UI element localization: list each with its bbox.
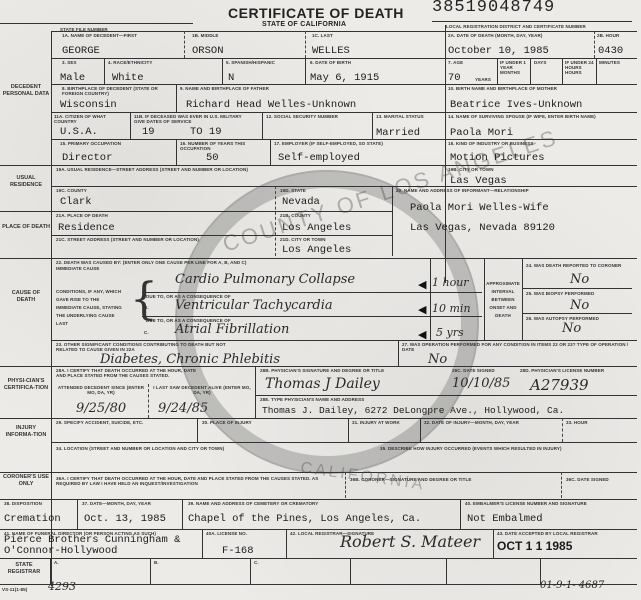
label-race: 4. RACE/ETHNICITY	[108, 60, 152, 65]
label-date-of-death: 2A. DATE OF DEATH (MONTH, DAY, YEAR)	[448, 33, 542, 38]
label-sex: 3. SEX	[62, 60, 77, 65]
funeral-director: Pierce Brothers Cunningham & O'Connor-Ho…	[4, 535, 204, 557]
cause-a-interval: 1 hour	[432, 276, 469, 289]
label-birthplace: 8. BIRTHPLACE OF DECEDENT (STATE OR FORE…	[62, 86, 162, 96]
label-date-signed: 28C. DATE SIGNED	[452, 368, 495, 373]
coroner-reported: No	[570, 272, 589, 287]
cause-a: Cardio Pulmonary Collapse	[175, 272, 355, 287]
label-last-saw: I LAST SAW DECEDENT ALIVE (ENTER MO, DA,…	[152, 385, 252, 395]
label-years-occupation: 16. NUMBER OF YEARS THIS OCCUPATION	[180, 141, 265, 151]
label-death-city: 21D. CITY OR TOWN	[280, 237, 326, 242]
label-disposition-date: 37. DATE—MONTH, DAY, YEAR	[82, 501, 151, 506]
father: Richard Head Welles-Unknown	[186, 99, 356, 111]
place-of-death: Residence	[58, 222, 115, 234]
label-cause-header: 22. DEATH WAS CAUSED BY: (ENTER ONLY ONE…	[56, 260, 456, 265]
citizen: U.S.A.	[60, 126, 98, 138]
label-specify: 29. SPECIFY ACCIDENT, SUICIDE, ETC.	[56, 420, 144, 425]
label-age-years: YEARS	[475, 77, 491, 82]
date-of-birth: May 6, 1915	[310, 72, 379, 84]
decedent-first-name: GEORGE	[62, 45, 100, 57]
label-physician-cert: 28A. I CERTIFY THAT DEATH OCCURRED AT TH…	[56, 368, 206, 378]
label-marital: 13. MARITAL STATUS	[376, 114, 424, 119]
hour-of-death: 0430	[598, 45, 623, 57]
spouse: Paola Mori	[450, 127, 513, 139]
military-from: 19	[142, 126, 155, 138]
label-spouse: 14. NAME OF SURVIVING SPOUSE (IF WIFE, E…	[448, 114, 628, 119]
label-registrar-c: C.	[254, 560, 259, 565]
label-hour: 2B. HOUR	[597, 33, 619, 38]
military-to: TO 19	[190, 126, 222, 138]
marital-status: Married	[376, 127, 420, 139]
label-place-of-injury: 30. PLACE OF INJURY	[202, 420, 252, 425]
label-injury-hour: 33. HOUR	[566, 420, 588, 425]
section-decedent: DECEDENT PERSONAL DATA	[2, 84, 50, 98]
label-mother: 10. BIRTH NAME AND BIRTHPLACE OF MOTHER	[448, 86, 557, 91]
label-disposition: 38. DISPOSITION	[4, 501, 42, 506]
label-cemetery: 39. NAME AND ADDRESS OF CEMETERY OR CREM…	[188, 501, 318, 506]
label-attended-since: ATTENDED DECEDENT SINCE (ENTER MO, DA, Y…	[56, 385, 146, 395]
hispanic: N	[228, 72, 234, 84]
label-ssn: 12. SOCIAL SECURITY NUMBER	[266, 114, 338, 119]
label-place-of-death: 21A. PLACE OF DEATH	[56, 213, 108, 218]
label-under1-months: IF UNDER 1 YEAR MONTHS	[500, 60, 530, 75]
label-industry: 18. KIND OF INDUSTRY OR BUSINESS	[448, 141, 533, 146]
death-certificate: COUNTY OF LOS ANGELES CALIFORNIA CERTIFI…	[0, 0, 641, 600]
label-hispanic: 5. SPANISH/HISPANIC	[226, 60, 275, 65]
label-physician-signature: 28B. PHYSICIAN'S SIGNATURE AND DEGREE OR…	[260, 368, 384, 373]
label-father: 9. NAME AND BIRTHPLACE OF FATHER	[180, 86, 269, 91]
mother: Beatrice Ives-Unknown	[450, 99, 582, 111]
biopsy: No	[570, 298, 589, 313]
label-informant: 20. NAME AND ADDRESS OF INFORMANT—RELATI…	[396, 188, 529, 193]
label-death-street: 21C. STREET ADDRESS (STREET AND NUMBER O…	[56, 237, 199, 242]
industry: Motion Pictures	[450, 152, 545, 164]
label-date-accepted: 43. DATE ACCEPTED BY LOCAL REGISTRAR	[497, 531, 598, 536]
form-number: VS-11(1-85)	[2, 587, 27, 592]
label-military: 11B. IF DECEASED WAS EVER IN U.S. MILITA…	[134, 114, 244, 124]
cause-b: Ventricular Tachycardia	[175, 298, 333, 313]
label-conditions: CONDITIONS, IF ANY, WHICH GAVE RISE TO T…	[56, 288, 126, 328]
physician-name-address: Thomas J. Dailey, 6272 DeLongpre Ave., H…	[262, 405, 564, 416]
certificate-title: CERTIFICATE OF DEATH	[228, 5, 404, 21]
label-last-name: 1C. LAST	[312, 33, 333, 38]
other-conditions: Diabetes, Chronic Phlebitis	[100, 352, 280, 367]
cause-c-interval: 5 yrs	[436, 326, 464, 339]
label-describe: 35. DESCRIBE HOW INJURY OCCURRED (EVENTS…	[380, 446, 562, 451]
arrow-left-icon: ◀	[418, 303, 426, 316]
death-city: Los Angeles	[282, 244, 351, 256]
informant-name: Paola Mori Welles-Wife	[410, 202, 549, 214]
arrow-left-icon: ◀	[418, 278, 426, 291]
label-residence-street: 19A. USUAL RESIDENCE—STREET ADDRESS (STR…	[56, 167, 248, 172]
occupation: Director	[62, 152, 112, 164]
label-registrar-a: A.	[54, 560, 59, 565]
section-place: PLACE OF DEATH	[2, 224, 50, 231]
decedent-last-name: WELLES	[312, 45, 350, 57]
date-signed: 10/10/85	[452, 376, 510, 391]
cemetery: Chapel of the Pines, Los Angeles, Ca.	[188, 513, 421, 525]
label-injury-date: 32. DATE OF INJURY—MONTH, DAY, YEAR	[424, 420, 519, 425]
label-citizen: 11A. CITIZEN OF WHAT COUNTRY	[54, 114, 124, 124]
label-coroner-reported: 24. WAS DEATH REPORTED TO CORONER	[526, 263, 626, 268]
years-occupation: 50	[206, 152, 219, 164]
label-interval: APPROXIMATE INTERVAL BETWEEN ONSET AND D…	[486, 280, 520, 320]
label-age: 7. AGE	[448, 60, 463, 65]
disposition-date: Oct. 13, 1985	[84, 513, 166, 525]
footer-left-note: 4293	[48, 580, 76, 593]
label-embalmer: 40. EMBALMER'S LICENSE NUMBER AND SIGNAT…	[465, 501, 587, 506]
decedent-middle-name: ORSON	[192, 45, 224, 57]
label-cause-a: A.	[144, 280, 149, 285]
label-cause-c: C.	[144, 330, 149, 335]
label-residence-city: 19B. CITY OR TOWN	[448, 167, 494, 172]
employer: Self-employed	[278, 152, 360, 164]
physician-signature: Thomas J Dailey	[265, 376, 380, 392]
funeral-license: F-168	[222, 545, 254, 557]
label-biopsy: 25. WAS BIOPSY PERFORMED	[526, 291, 594, 296]
label-death-county: 21B. COUNTY	[280, 213, 311, 218]
label-middle-name: 1B. MIDDLE	[192, 33, 219, 38]
label-location: 34. LOCATION (STREET AND NUMBER OR LOCAT…	[56, 446, 224, 451]
attended-since: 9/25/80	[76, 401, 126, 416]
informant-address: Las Vegas, Nevada 89120	[410, 222, 555, 234]
label-operation: 27. WAS OPERATION PERFORMED FOR ANY COND…	[402, 342, 632, 352]
sex: Male	[60, 72, 85, 84]
birthplace: Wisconsin	[60, 99, 117, 111]
certificate-subtitle: STATE OF CALIFORNIA	[262, 21, 346, 28]
section-registrar: STATE REGISTRAR	[2, 562, 46, 576]
autopsy: No	[562, 321, 581, 336]
age: 70	[448, 72, 461, 84]
label-license: 28D. PHYSICIAN'S LICENSE NUMBER	[520, 368, 604, 373]
cause-c: Atrial Fibrillation	[175, 322, 289, 337]
label-coroner-signature: 36B. CORONER—SIGNATURE AND DEGREE OR TIT…	[350, 477, 471, 482]
label-lic-no: 40A. LICENSE NO.	[206, 531, 247, 536]
race: White	[112, 72, 144, 84]
state-file-number: 38519048749	[432, 0, 555, 17]
cause-b-interval: 10 min	[432, 302, 471, 315]
label-residence-county: 19C. COUNTY	[56, 188, 87, 193]
label-coroner-cert: 36A. I CERTIFY THAT DEATH OCCURRED AT TH…	[56, 476, 326, 486]
label-residence-state: 19D. STATE	[280, 188, 306, 193]
section-residence: USUAL RESIDENCE	[2, 175, 50, 189]
label-other-conditions: 23. OTHER SIGNIFICANT CONDITIONS CONTRIB…	[56, 342, 236, 352]
label-physician-name: 28E. TYPE PHYSICIAN'S NAME AND ADDRESS	[260, 397, 364, 402]
label-coroner-date: 36C. DATE SIGNED	[566, 477, 609, 482]
section-coroner: CORONER'S USE ONLY	[2, 474, 50, 488]
registrar-signature: Robert S. Mateer	[340, 532, 480, 551]
section-physician: PHYSI-CIAN'S CERTIFICA-TION	[2, 378, 50, 392]
disposition-type: Cremation	[4, 513, 61, 525]
label-under24-hours: IF UNDER 24 HOURS HOURS	[565, 60, 595, 75]
physician-license: A27939	[530, 376, 589, 394]
date-of-death: October 10, 1985	[448, 45, 549, 57]
last-saw: 9/24/85	[158, 401, 208, 416]
residence-county: Clark	[60, 196, 92, 208]
local-registration-label: LOCAL REGISTRATION DISTRICT AND CERTIFIC…	[446, 24, 586, 29]
section-cause: CAUSE OF DEATH	[2, 290, 50, 304]
embalmer: Not Embalmed	[467, 513, 543, 525]
residence-state: Nevada	[282, 196, 320, 208]
label-dob: 6. DATE OF BIRTH	[310, 60, 351, 65]
footer-right-note: 01-9-1- 4687	[540, 580, 604, 591]
label-employer: 17. EMPLOYER (IF SELF-EMPLOYED, SO STATE…	[274, 141, 383, 146]
label-immediate-cause: IMMEDIATE CAUSE	[56, 266, 99, 271]
label-registrar-b: B.	[154, 560, 159, 565]
label-occupation: 15. PRIMARY OCCUPATION	[60, 141, 121, 146]
label-under1-days: DAYS	[534, 60, 547, 65]
label-injury-at-work: 31. INJURY AT WORK	[352, 420, 400, 425]
label-first-name: 1A. NAME OF DECEDENT—FIRST	[62, 33, 137, 38]
label-under24-minutes: MINUTES	[599, 60, 620, 65]
operation: No	[428, 352, 447, 367]
death-county: Los Angeles	[282, 222, 351, 234]
label-cause-b: B.	[144, 305, 149, 310]
date-accepted-stamp: OCT 1 1 1985	[497, 539, 572, 553]
section-injury: INJURY INFORMA-TION	[2, 425, 50, 439]
